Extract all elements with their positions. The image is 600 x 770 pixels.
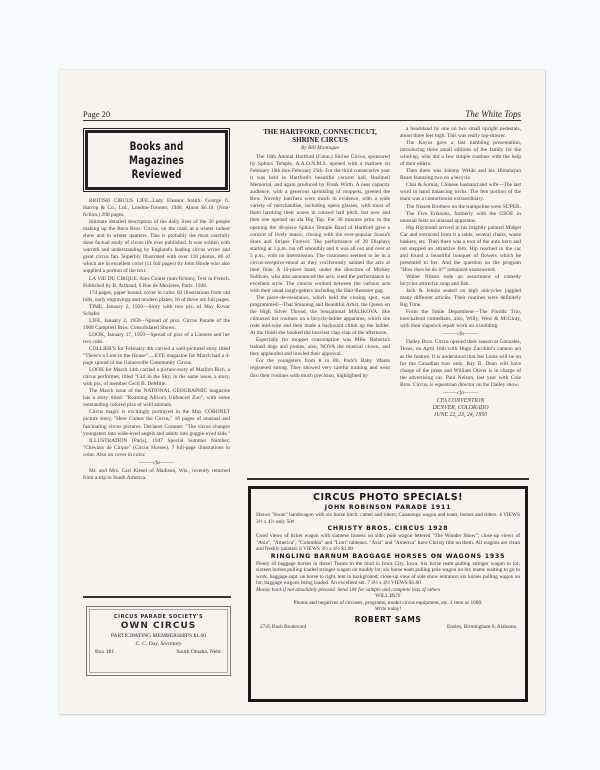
photo-specials-ad: CIRCUS PHOTO SPECIALS! JOHN ROBINSON PAR… <box>248 486 528 702</box>
convention-line-2: DENVER, COLORADO <box>400 405 521 412</box>
convention-line-3: JUNE 22, 23, 24, 1950 <box>400 412 521 419</box>
paragraph: Walter Nilson rode an assortment of come… <box>400 274 521 288</box>
ad-section-text: Plenty of baggage horses in these! Teams… <box>256 561 520 587</box>
ad-city: South Omaha, Nebr. <box>176 648 222 656</box>
paragraph: The piece-de-resistance, which held the … <box>250 295 390 337</box>
paragraph: The March issue of the NATIONAL GEOGRAPH… <box>83 388 230 409</box>
paragraph: COLLIER'S for February 4th carried a wel… <box>83 346 230 367</box>
ad-write: Write today! <box>256 606 520 613</box>
ad-title: OWN CIRCUS <box>87 621 230 632</box>
ad-headline: CIRCUS PHOTO SPECIALS! <box>256 492 520 504</box>
paragraph: Jack & Jennie seated on high unicycles j… <box>400 288 521 309</box>
paragraph: Circus magic is excitingly portrayed in … <box>83 409 230 437</box>
ad-name: ROBERT SAMS <box>256 615 520 624</box>
paragraph: Then there was Johnny Welde and his Hima… <box>400 168 521 182</box>
ad-section-heading: JOHN ROBINSON PARADE 1911 <box>256 504 520 512</box>
paragraph: LOOK, January 17, 1950—Spread of pixs of… <box>83 332 230 346</box>
ad-contact: C. C. Day, Secretary <box>87 640 230 648</box>
separator: ———cfa——— <box>400 331 521 338</box>
divider-rule <box>247 478 529 480</box>
page-number: Page 20 <box>83 109 110 119</box>
ad-section-heading: RINGLING BARNUM BAGGAGE HORSES ON WAGONS… <box>256 553 520 561</box>
ad-sections: JOHN ROBINSON PARADE 1911Shows "Swan" ba… <box>256 504 520 587</box>
paragraph: BRITISH CIRCUS LIFE...Lady Eleanor Smith… <box>83 198 230 219</box>
ad-offer: PARTICIPATING MEMBERSHIPS $1.00 <box>87 632 230 640</box>
publication-title: The White Tops <box>465 109 521 119</box>
ad-section-heading: CHRISTY BROS. CIRCUS 1928 <box>256 525 520 533</box>
paragraph: LOOK for March 14th carried a picture-st… <box>83 367 230 388</box>
paragraph: For the youngsters from 8 to 80, Pack's … <box>250 358 390 379</box>
magazine-page: Page 20 The White Tops Books and Magazin… <box>59 70 545 714</box>
ad-city: Ensley, Birmingham 8, Alabama <box>447 624 516 631</box>
ad-section-text: Shows "Swan" bandwagon with six horse hi… <box>256 512 520 525</box>
paragraph: Especially for moppet consumption was Ml… <box>250 337 390 358</box>
paragraph: The Nissen Brothers on the trampoline we… <box>400 204 521 211</box>
page-header: Page 20 The White Tops <box>83 106 521 121</box>
dailey-news: Dailey Bros. Circus opened their season … <box>400 339 521 388</box>
separator: ———cfa——— <box>83 460 230 467</box>
paragraph: TIME, January 2, 1950—Story with two pix… <box>83 304 230 318</box>
paragraph: ILLUSTRATION (Paris), 1947 Special Summe… <box>83 438 230 459</box>
ad-section-text: Good views of ticket wagon with siamese … <box>256 533 520 553</box>
paragraph: a headstand by one on two small upright … <box>400 126 521 140</box>
ad-box: Box 181 <box>95 648 114 656</box>
review-paragraphs: BRITISH CIRCUS LIFE...Lady Eleanor Smith… <box>83 198 230 459</box>
article-continuation-column: a headstand by one on two small upright … <box>400 126 521 419</box>
paragraph: Hip Raymond arrived in his brightly pain… <box>400 225 521 274</box>
article-column: THE HARTFORD, CONNECTICUT, SHRINE CIRCUS… <box>250 128 390 380</box>
ad-society: CIRCUS PARADE SOCIETY'S <box>87 613 230 621</box>
paragraph: LA VIE DU CIRQUE. Alex Coutet (non-ficti… <box>83 276 230 290</box>
paragraph: Chai & Somay, Chinese husband and wife—T… <box>400 182 521 203</box>
closing-note: Mr. and Mrs. Carl Kiesel of Madison, Wis… <box>83 468 230 482</box>
paragraph: Intimate detailed description of the dai… <box>83 219 230 275</box>
paragraph: LIFE, January 2, 1950—Spread of pixs. Ci… <box>83 318 230 332</box>
article-paragraphs: The 18th Annual Hartford (Conn.) Shrine … <box>250 154 390 380</box>
ad-address: 2745 Bush Boulevard <box>260 624 306 631</box>
paragraph: 174 pages, paper bound, cover in color. … <box>83 290 230 304</box>
convention-line-1: CFA CONVENTION <box>400 398 521 405</box>
divider-rule <box>83 596 231 598</box>
reviews-title-line2: Reviewed <box>106 167 207 181</box>
own-circus-ad: CIRCUS PARADE SOCIETY'S OWN CIRCUS PARTI… <box>86 606 231 676</box>
reviews-column: Books and Magazines Reviewed BRITISH CIR… <box>83 127 230 482</box>
paragraph: The Five Eriksons, formerly with the GSO… <box>400 211 521 225</box>
paragraph: From the Smile Department—The Floridz Tr… <box>400 309 521 330</box>
article-title: THE HARTFORD, CONNECTICUT, SHRINE CIRCUS <box>250 128 390 144</box>
reviews-title-line1: Books and Magazines <box>106 139 207 167</box>
article-continued-paragraphs: a headstand by one on two small upright … <box>400 126 521 330</box>
separator: ———cfa——— <box>400 390 521 397</box>
paragraph: The Kayos gave a fast tumbling presentat… <box>400 140 521 168</box>
paragraph: The 18th Annual Hartford (Conn.) Shrine … <box>250 154 390 295</box>
article-byline: By Bill Montague <box>250 145 390 152</box>
reviews-title-box: Books and Magazines Reviewed <box>85 130 228 190</box>
